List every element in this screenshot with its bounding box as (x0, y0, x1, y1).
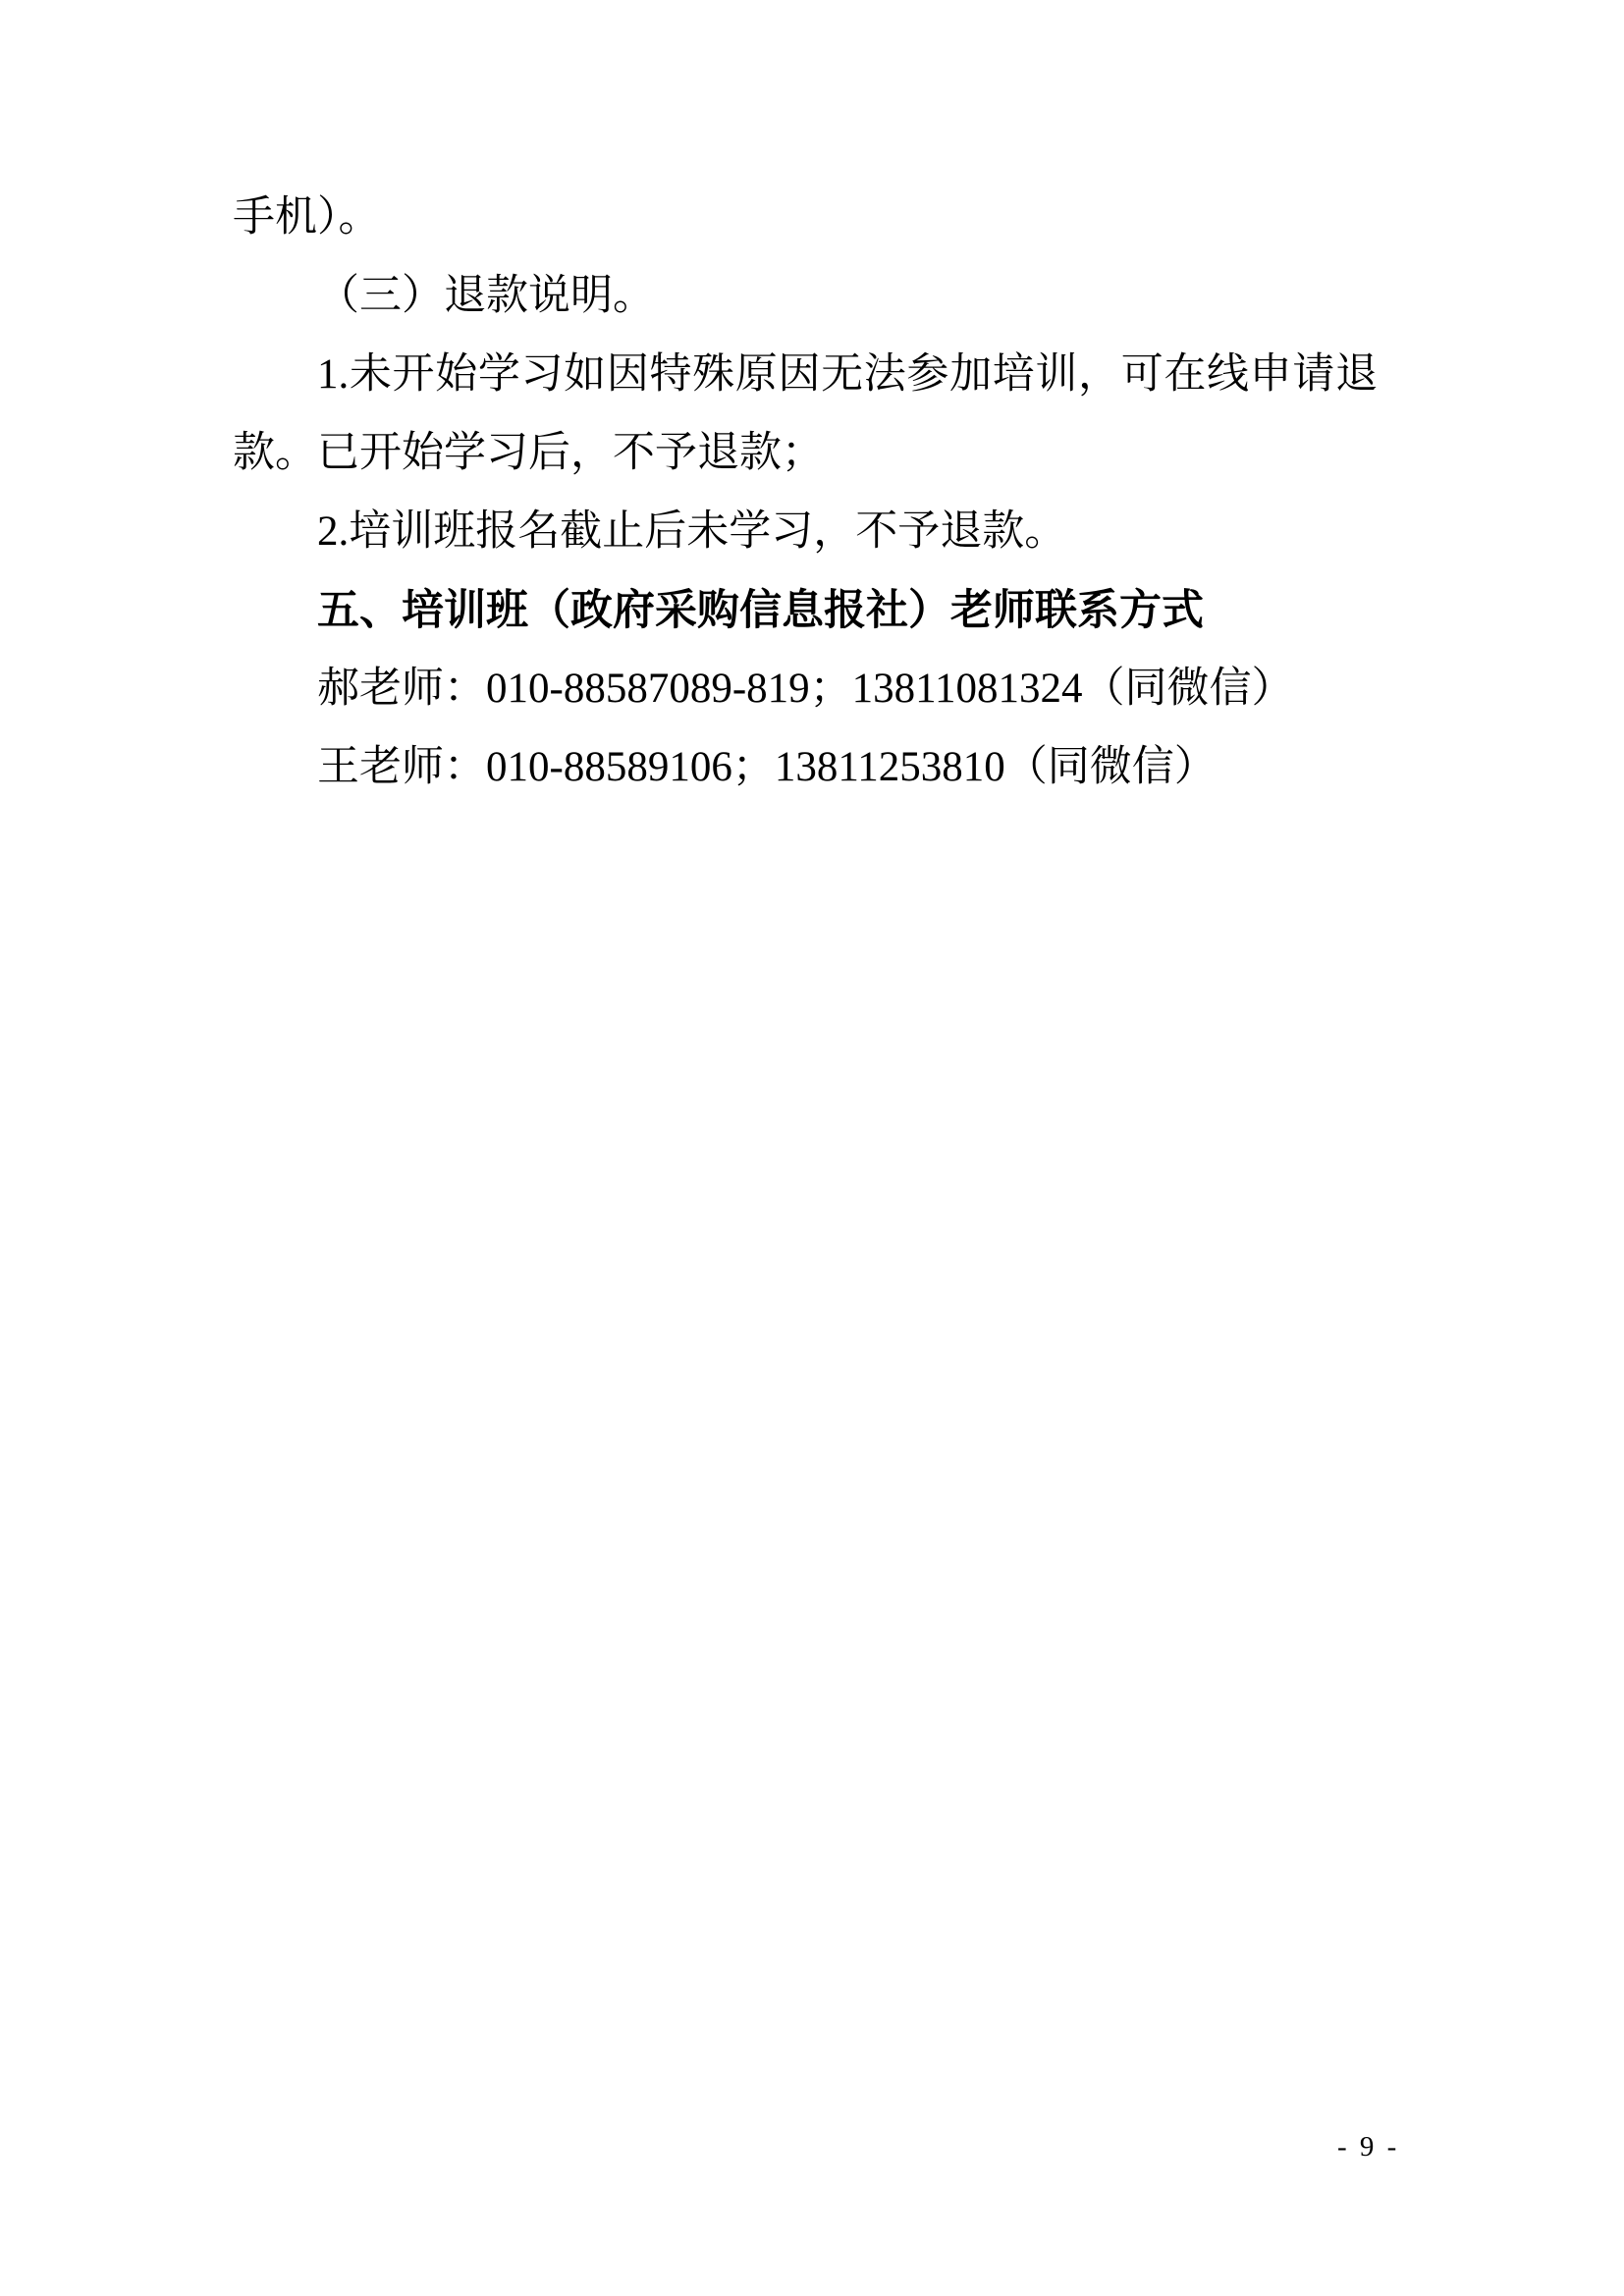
refund-rule-2: 2.培训班报名截止后未学习，不予退款。 (233, 493, 1378, 571)
document-body: 手机）。 （三）退款说明。 1.未开始学习如因特殊原因无法参加培训，可在线申请退… (233, 179, 1378, 807)
contact-teacher-wang: 王老师：010-88589106；13811253810（同微信） (233, 728, 1378, 807)
page-number: - 9 - (1337, 2130, 1399, 2163)
document-page: 手机）。 （三）退款说明。 1.未开始学习如因特殊原因无法参加培训，可在线申请退… (0, 0, 1624, 2296)
contact-section-heading: 五、培训班（政府采购信息报社）老师联系方式 (233, 571, 1378, 650)
continued-paragraph-end: 手机）。 (233, 179, 1378, 257)
refund-rule-1: 1.未开始学习如因特殊原因无法参加培训，可在线申请退款。已开始学习后，不予退款； (233, 336, 1378, 493)
refund-section-heading: （三）退款说明。 (233, 257, 1378, 336)
contact-teacher-hao: 郝老师：010-88587089-819；13811081324（同微信） (233, 650, 1378, 728)
